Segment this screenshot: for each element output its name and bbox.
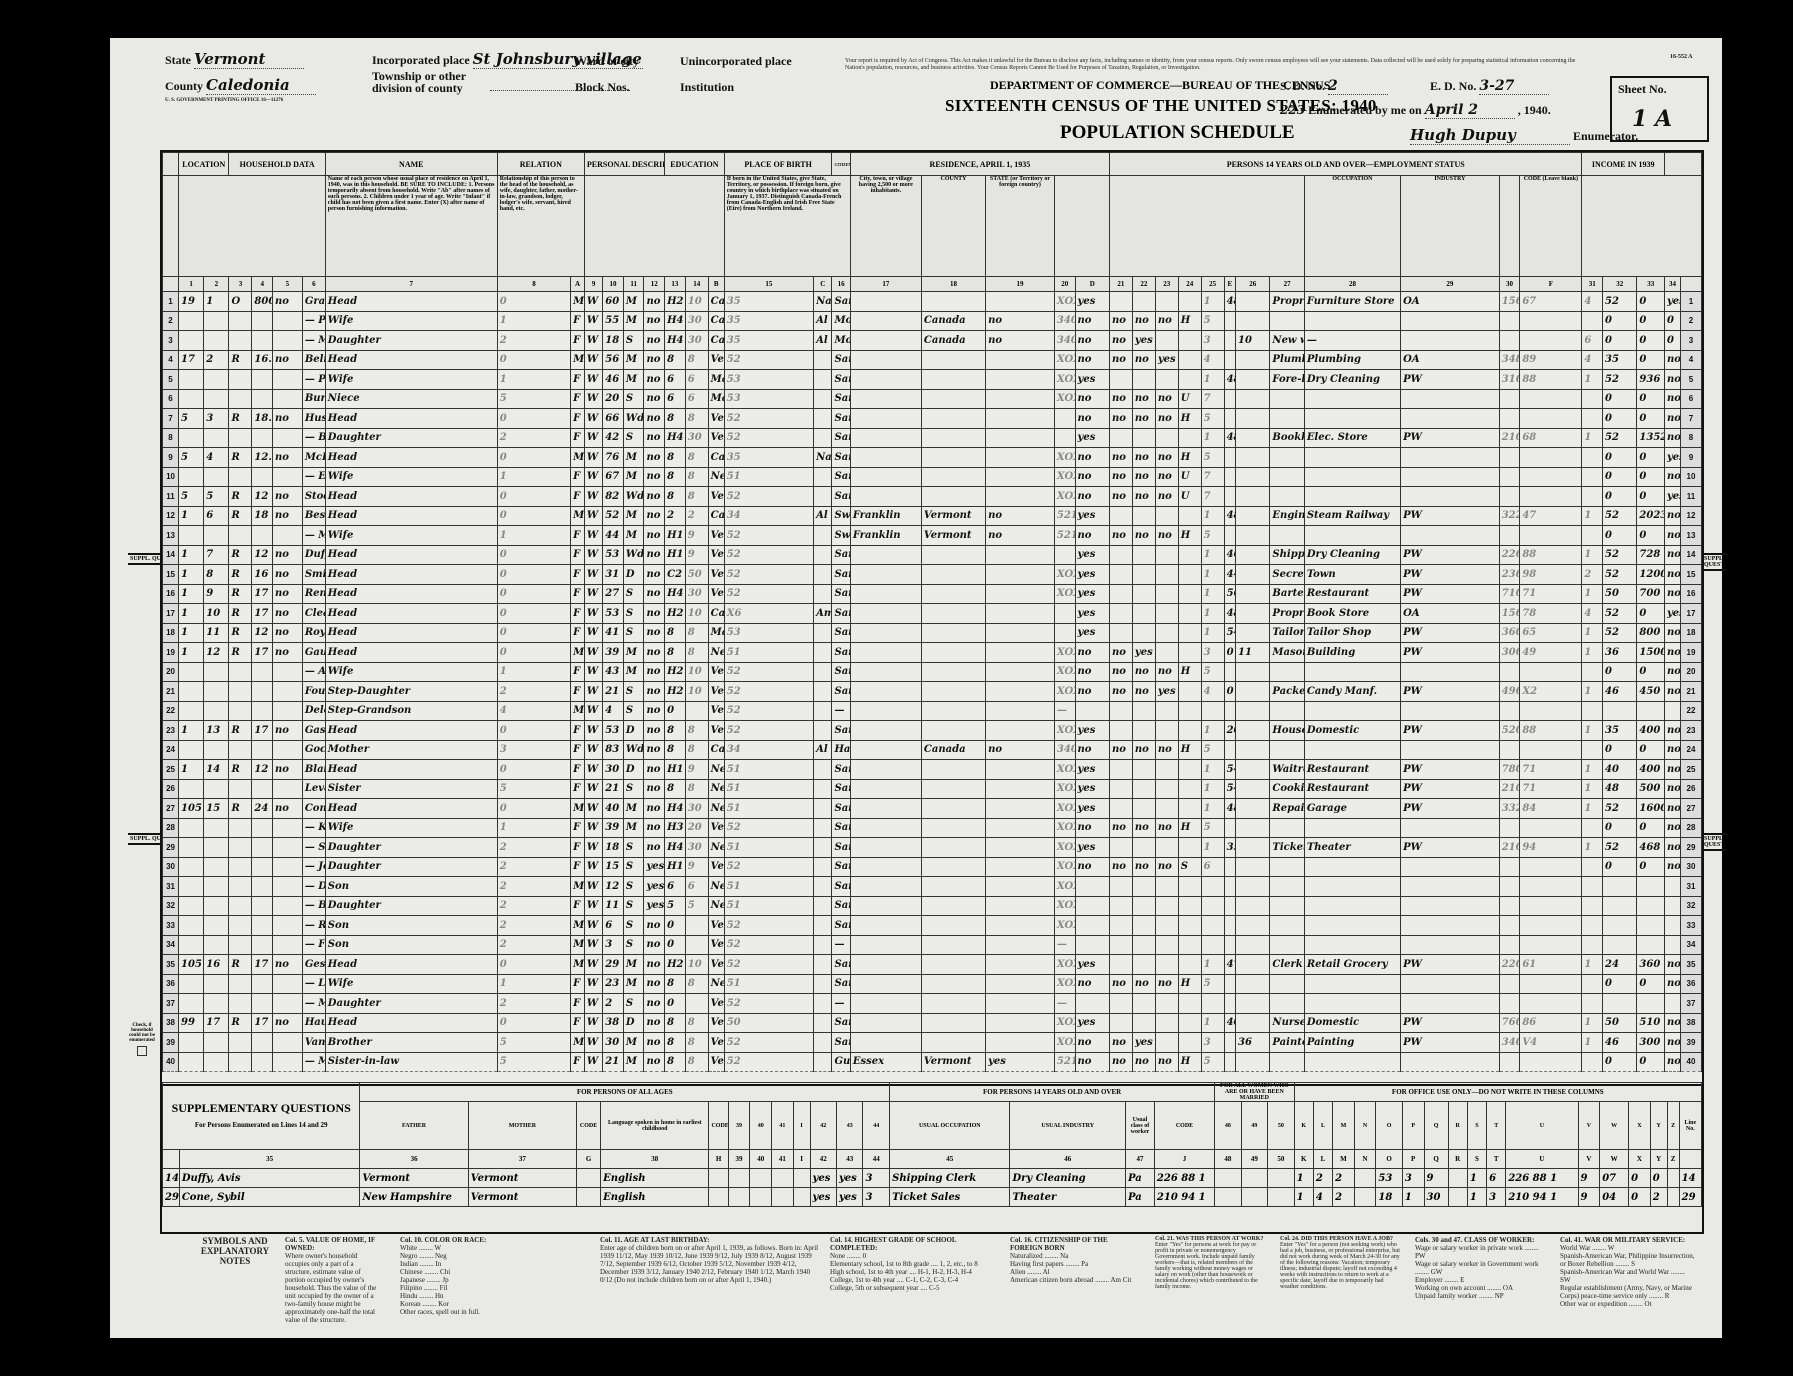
- supp-cell-s: 1: [1467, 1188, 1486, 1207]
- year-suffix: , 1940.: [1518, 103, 1551, 117]
- cell-f2: 88: [1520, 370, 1582, 390]
- cell-f2: 49: [1520, 643, 1582, 663]
- cell-age: 82: [603, 487, 624, 507]
- cell-occ: [1270, 857, 1304, 877]
- cell-name: Bessy, Arthur Ls: [302, 506, 325, 526]
- cell-res20: [986, 838, 1055, 858]
- column-number: [1681, 277, 1702, 292]
- cell-c23: [1132, 935, 1155, 955]
- cell-res19: [921, 896, 985, 916]
- cell-c27: [1236, 623, 1270, 643]
- cell-mar: S: [623, 428, 644, 448]
- cell-d: XOXO: [1054, 448, 1075, 468]
- cell-grade: H1: [665, 545, 686, 565]
- table-row: 4172R16.-noBelisle, William J. (X)Head0M…: [163, 350, 1702, 370]
- cell-c32: 1500: [1637, 643, 1665, 663]
- note-item: White ........ W: [400, 1244, 560, 1252]
- cell-sex: F: [571, 487, 585, 507]
- column-number: 26: [1236, 277, 1270, 292]
- line-number: 16: [1681, 584, 1702, 604]
- supp-col-number: R: [1448, 1150, 1467, 1169]
- cell-mar: M: [623, 506, 644, 526]
- cell-house: 1: [179, 584, 204, 604]
- cell-res18: [850, 1013, 921, 1033]
- line-number: 19: [163, 643, 179, 663]
- cell-ind: Building: [1304, 643, 1400, 663]
- cell-sex: F: [571, 896, 585, 916]
- cell-c27: [1236, 389, 1270, 409]
- cell-sch: no: [644, 545, 665, 565]
- cell-b: 9: [685, 760, 708, 780]
- table-row: 25114R12noBlais, ClaraHead0FW30DnoH19New…: [163, 760, 1702, 780]
- cell-mar: D: [623, 1013, 644, 1033]
- cell-res17: —: [832, 701, 850, 721]
- cell-sex: M: [571, 1033, 585, 1053]
- cell-cls: [1401, 994, 1500, 1014]
- cell-sch: no: [644, 935, 665, 955]
- cell-f3: 1: [1582, 682, 1603, 702]
- cell-farm: no: [273, 350, 303, 370]
- cell-f3: 1: [1582, 428, 1603, 448]
- cell-c21: yes: [1075, 721, 1109, 741]
- cell-occ: Mason: [1270, 643, 1304, 663]
- cell-c33: no: [1664, 721, 1680, 741]
- cell-c26: [1224, 857, 1235, 877]
- cell-birth: Vermont: [708, 955, 724, 975]
- cell-house: [179, 331, 204, 351]
- supp-cell-l: 2: [1313, 1169, 1332, 1188]
- column-number: 31: [1582, 277, 1603, 292]
- table-row: 17110R17noCleary, Maude (X)Head0FW53SnoH…: [163, 604, 1702, 624]
- cell-c21: no: [1075, 487, 1109, 507]
- cell-own: [229, 331, 252, 351]
- cell-c: 51: [724, 760, 813, 780]
- supp-col-number: 39: [728, 1150, 750, 1169]
- cell-d: —: [1054, 994, 1075, 1014]
- cell-race: W: [584, 565, 602, 585]
- table-row: 753R18.-noHusby, Bertha M (X)Head0FW66Wd…: [163, 409, 1702, 429]
- cell-c23: [1132, 994, 1155, 1014]
- sheet-number-box: Sheet No. 1 A: [1610, 76, 1709, 142]
- cell-mar: S: [623, 584, 644, 604]
- cell-c32: 0: [1637, 331, 1665, 351]
- cell-c32: [1637, 877, 1665, 897]
- note-col24-text: Enter "Yes" for a person (not seeking wo…: [1280, 1242, 1400, 1290]
- cell-farm: no: [273, 409, 303, 429]
- cell-c33: 0: [1664, 331, 1680, 351]
- cell-c32: 360: [1637, 955, 1665, 975]
- supp-cell-c39: [728, 1169, 750, 1188]
- cell-c21: yes: [1075, 623, 1109, 643]
- col-line-no: [163, 153, 179, 176]
- note-item: Other war or expedition ........ Ot: [1560, 1300, 1695, 1308]
- cell-value: [252, 370, 273, 390]
- cell-sch: no: [644, 623, 665, 643]
- cell-grade: H4: [665, 799, 686, 819]
- line-number: 2: [1681, 311, 1702, 331]
- cell-own: [229, 877, 252, 897]
- state-label: State: [165, 53, 191, 67]
- cell-race: W: [584, 779, 602, 799]
- supp-header: CODE: [709, 1102, 728, 1150]
- cell-res18: [850, 974, 921, 994]
- cell-value: 12: [252, 623, 273, 643]
- cell-occ: Proprietor: [1270, 604, 1304, 624]
- cell-c31: [1603, 916, 1637, 936]
- line-number: 27: [1681, 799, 1702, 819]
- cell-f1: [1499, 448, 1520, 468]
- cell-grade: 8: [665, 487, 686, 507]
- cell-c32: 450: [1637, 682, 1665, 702]
- cell-house: [179, 370, 204, 390]
- supp-cell-v: 9: [1578, 1188, 1600, 1207]
- cell-cls: [1401, 311, 1500, 331]
- cell-f3: 1: [1582, 545, 1603, 565]
- cell-a: 0: [497, 623, 570, 643]
- cell-c: 52: [724, 487, 813, 507]
- supp-header: 42: [810, 1102, 836, 1150]
- cell-cls: PW: [1401, 838, 1500, 858]
- cell-cls: OA: [1401, 604, 1500, 624]
- cell-c32: 468: [1637, 838, 1665, 858]
- cell-d: XOXO: [1054, 955, 1075, 975]
- cell-c26: [1224, 877, 1235, 897]
- cell-c26: [1224, 935, 1235, 955]
- column-number: 3: [229, 277, 252, 292]
- cell-c32: 1600: [1637, 799, 1665, 819]
- cell-res18: [850, 857, 921, 877]
- cell-mar: D: [623, 721, 644, 741]
- cell-own: R: [229, 350, 252, 370]
- cell-c26: 44: [1224, 565, 1235, 585]
- cell-c21: [1075, 916, 1109, 936]
- cell-c23: [1132, 896, 1155, 916]
- cell-ind: [1304, 311, 1400, 331]
- cell-c26: 48: [1224, 506, 1235, 526]
- cell-own: R: [229, 721, 252, 741]
- cell-c27: [1236, 955, 1270, 975]
- cell-mar: M: [623, 526, 644, 546]
- desc-name: Name of each person whose usual place of…: [325, 176, 497, 277]
- cell-house: 1: [179, 623, 204, 643]
- cell-rel: Step-Grandson: [325, 701, 497, 721]
- cell-c27: [1236, 916, 1270, 936]
- supp-quest-marker-29-right: SUPPL. QUEST.: [1702, 833, 1727, 851]
- line-number: 18: [163, 623, 179, 643]
- cell-age: 12: [603, 877, 624, 897]
- cell-d: [1054, 623, 1075, 643]
- note-col10-list: White ........ WNegro ........ NegIndian…: [400, 1244, 560, 1316]
- cell-c31: 52: [1603, 370, 1637, 390]
- cell-farm: [273, 526, 303, 546]
- cell-c24: yes: [1155, 682, 1178, 702]
- cell-e: 5: [1201, 1052, 1224, 1072]
- cell-c21: yes: [1075, 545, 1109, 565]
- cell-f3: 2: [1582, 565, 1603, 585]
- table-row: 954R12.-noMcFarlen, William H. (X)Head0M…: [163, 448, 1702, 468]
- cell-res18: [850, 311, 921, 331]
- cell-f1: [1499, 487, 1520, 507]
- supp-header: USUAL INDUSTRY: [1010, 1102, 1126, 1150]
- cell-c27: [1236, 662, 1270, 682]
- cell-sch: no: [644, 1033, 665, 1053]
- cell-f2: X2: [1520, 682, 1582, 702]
- cell-own: [229, 389, 252, 409]
- cell-sch: no: [644, 506, 665, 526]
- cell-cls: OA: [1401, 292, 1500, 312]
- cell-f1: [1499, 389, 1520, 409]
- cell-house: [179, 935, 204, 955]
- column-number: C: [814, 277, 832, 292]
- note-col14: Col. 14. HIGHEST GRADE OF SCHOOL COMPLET…: [830, 1236, 990, 1292]
- line-number: 8: [163, 428, 179, 448]
- cell-b: 30: [685, 799, 708, 819]
- cell-sch: no: [644, 311, 665, 331]
- cell-f1: 220: [1499, 955, 1520, 975]
- cell-birth: Canada-English: [708, 604, 724, 624]
- supp-header: CODE: [577, 1102, 601, 1150]
- cell-c26: [1224, 896, 1235, 916]
- cell-res17: Same Place: [832, 370, 850, 390]
- supp-cell-line: 14: [163, 1169, 180, 1188]
- cell-e: 1: [1201, 292, 1224, 312]
- cell-c32: 400: [1637, 721, 1665, 741]
- cell-own: [229, 701, 252, 721]
- cell-c24: no: [1155, 409, 1178, 429]
- cell-res17: Same House: [832, 428, 850, 448]
- cell-res20: [986, 350, 1055, 370]
- line-number: 30: [163, 857, 179, 877]
- sd-field: S. D. No. 2: [1280, 78, 1388, 95]
- cell-hh: [204, 311, 229, 331]
- cell-own: R: [229, 643, 252, 663]
- supp-cell-k: 1: [1294, 1169, 1313, 1188]
- cell-res17: Same Place: [832, 584, 850, 604]
- cell-res18: [850, 331, 921, 351]
- cell-c31: 52: [1603, 545, 1637, 565]
- cell-f2: 65: [1520, 623, 1582, 643]
- cell-c: 52: [724, 565, 813, 585]
- cell-res20: [986, 682, 1055, 702]
- cell-f1: [1499, 857, 1520, 877]
- cell-mar: M: [623, 370, 644, 390]
- cell-cls: PW: [1401, 584, 1500, 604]
- cell-birth: Massachusetts: [708, 370, 724, 390]
- supp-col-number: 37: [468, 1150, 576, 1169]
- cell-race: W: [584, 1052, 602, 1072]
- table-row: 23113R17noGaste, Josephine (X)Head0FW53D…: [163, 721, 1702, 741]
- cell-rel: Daughter: [325, 838, 497, 858]
- cell-a: 1: [497, 311, 570, 331]
- supp-cell-m: 2: [1333, 1188, 1355, 1207]
- cell-c21: no: [1075, 1052, 1109, 1072]
- cell-farm: no: [273, 604, 303, 624]
- cell-c22: [1109, 545, 1132, 565]
- cell-c24: [1155, 643, 1178, 663]
- cell-c23: [1132, 292, 1155, 312]
- cell-mar: S: [623, 779, 644, 799]
- line-number: 33: [1681, 916, 1702, 936]
- cell-c27: [1236, 857, 1270, 877]
- cell-f1: [1499, 526, 1520, 546]
- cell-c33: no: [1664, 623, 1680, 643]
- line-number: 29: [1681, 838, 1702, 858]
- line-number: 3: [1681, 331, 1702, 351]
- cell-c33: no: [1664, 662, 1680, 682]
- cell-a: 0: [497, 487, 570, 507]
- cell-rel: Son: [325, 935, 497, 955]
- cell-f2: 98: [1520, 565, 1582, 585]
- cell-c27: [1236, 487, 1270, 507]
- cell-cls: [1401, 409, 1500, 429]
- cell-c32: 728: [1637, 545, 1665, 565]
- column-number: 33: [1637, 277, 1665, 292]
- cell-d: XOXO: [1054, 857, 1075, 877]
- cell-occ: Painter: [1270, 1033, 1304, 1053]
- supp-cell-g: [577, 1188, 601, 1207]
- cell-res19: [921, 857, 985, 877]
- incorporated-label: Incorporated place: [372, 53, 470, 67]
- cell-grade: 8: [665, 1013, 686, 1033]
- cell-c31: 52: [1603, 506, 1637, 526]
- cell-own: R: [229, 623, 252, 643]
- cell-res20: [986, 623, 1055, 643]
- cell-f2: 71: [1520, 584, 1582, 604]
- cell-c23: no: [1132, 448, 1155, 468]
- cell-f1: 226: [1499, 545, 1520, 565]
- supp-col-number: H: [709, 1150, 728, 1169]
- note-col21: Col. 21. WAS THIS PERSON AT WORK?Enter "…: [1155, 1236, 1265, 1290]
- cell-e: [1201, 994, 1224, 1014]
- supp-header: FATHER: [360, 1102, 468, 1150]
- cell-c21: no: [1075, 1033, 1109, 1053]
- cell-sex: F: [571, 857, 585, 877]
- desc-income: [1582, 176, 1702, 277]
- cell-occ: [1270, 662, 1304, 682]
- cell-c32: 936: [1637, 370, 1665, 390]
- cell-c: 51: [724, 838, 813, 858]
- cell-b: 8: [685, 448, 708, 468]
- township-label: Township or other division of county: [372, 70, 482, 94]
- supp-cell-p: 1: [1402, 1188, 1424, 1207]
- cell-f2: [1520, 701, 1582, 721]
- cell-birth: New Hampshire: [708, 643, 724, 663]
- cell-res18: [850, 760, 921, 780]
- cell-c27: [1236, 838, 1270, 858]
- supp-header: K: [1294, 1102, 1313, 1150]
- cell-mar: S: [623, 838, 644, 858]
- cell-cls: PW: [1401, 545, 1500, 565]
- cell-house: [179, 896, 204, 916]
- note-col14-title: Col. 14. HIGHEST GRADE OF SCHOOL COMPLET…: [830, 1236, 956, 1252]
- supp-cell-name: Duffy, Avis: [179, 1169, 360, 1188]
- cell-c22: no: [1109, 662, 1132, 682]
- cell-c32: 0: [1637, 389, 1665, 409]
- cell-c22: [1109, 955, 1132, 975]
- note-item: Having first papers ........ Pa: [1010, 1260, 1140, 1268]
- cell-ind: [1304, 662, 1400, 682]
- cell-res17: Same Place: [832, 1013, 850, 1033]
- cell-res17: Same Place: [832, 643, 850, 663]
- cell-res18: [850, 662, 921, 682]
- cell-occ: Plumber: [1270, 350, 1304, 370]
- cell-mar: M: [623, 799, 644, 819]
- line-number: 23: [1681, 721, 1702, 741]
- cell-c27: [1236, 799, 1270, 819]
- cell-c26: 54: [1224, 760, 1235, 780]
- cell-value: [252, 428, 273, 448]
- cell-res20: [986, 370, 1055, 390]
- cell-rel: Head: [325, 350, 497, 370]
- table-row: 20— Anna (X)Wife1FW43MnoH210Vermont52Sam…: [163, 662, 1702, 682]
- cell-a: 2: [497, 877, 570, 897]
- cell-hh: [204, 662, 229, 682]
- desc-birth: If born in the United States, give State…: [724, 176, 850, 277]
- cell-rel: Head: [325, 584, 497, 604]
- column-number: 24: [1178, 277, 1201, 292]
- cell-cls: PW: [1401, 1013, 1500, 1033]
- cell-grade: 6: [665, 877, 686, 897]
- cell-sch: no: [644, 1013, 665, 1033]
- cell-house: [179, 682, 204, 702]
- cell-sch: no: [644, 428, 665, 448]
- cell-value: 18: [252, 506, 273, 526]
- line-number: 12: [163, 506, 179, 526]
- cell-c22: [1109, 896, 1132, 916]
- cell-birth: New Hampshire: [708, 760, 724, 780]
- column-number: 30: [1499, 277, 1520, 292]
- supp-header: N: [1354, 1102, 1376, 1150]
- line-number: 3: [163, 331, 179, 351]
- cell-c: 52: [724, 526, 813, 546]
- line-number: 2: [163, 311, 179, 331]
- cell-c24: no: [1155, 1052, 1178, 1072]
- line-number: 25: [163, 760, 179, 780]
- supp-cell-z: [1667, 1169, 1679, 1188]
- cell-f3: 4: [1582, 350, 1603, 370]
- cell-age: 52: [603, 506, 624, 526]
- cell-cit: [814, 994, 832, 1014]
- cell-sex: M: [571, 448, 585, 468]
- cell-sch: no: [644, 838, 665, 858]
- cell-rel: Head: [325, 409, 497, 429]
- supp-col-number: 47: [1126, 1150, 1155, 1169]
- cell-res19: [921, 350, 985, 370]
- line-number: 35: [1681, 955, 1702, 975]
- cell-c25: [1178, 370, 1201, 390]
- supp-header: T: [1487, 1102, 1506, 1150]
- cell-mar: S: [623, 896, 644, 916]
- household-checkbox[interactable]: [137, 1046, 147, 1056]
- cell-birth: Vermont: [708, 428, 724, 448]
- cell-cls: PW: [1401, 721, 1500, 741]
- cell-f2: [1520, 409, 1582, 429]
- cell-res18: Essex: [850, 1052, 921, 1072]
- sd-label: S. D. No.: [1280, 79, 1325, 93]
- cell-f2: 71: [1520, 760, 1582, 780]
- cell-c24: [1155, 1033, 1178, 1053]
- cell-name: Cleary, Maude (X): [302, 604, 325, 624]
- cell-c27: [1236, 818, 1270, 838]
- cell-c24: [1155, 565, 1178, 585]
- cell-sch: no: [644, 955, 665, 975]
- cell-ind: [1304, 467, 1400, 487]
- cell-c32: 1200: [1637, 565, 1665, 585]
- cell-c25: [1178, 623, 1201, 643]
- cell-own: [229, 1052, 252, 1072]
- supp-cell-mother: Vermont: [468, 1169, 576, 1188]
- supp-over14: FOR PERSONS 14 YEARS OLD AND OVER: [890, 1083, 1215, 1102]
